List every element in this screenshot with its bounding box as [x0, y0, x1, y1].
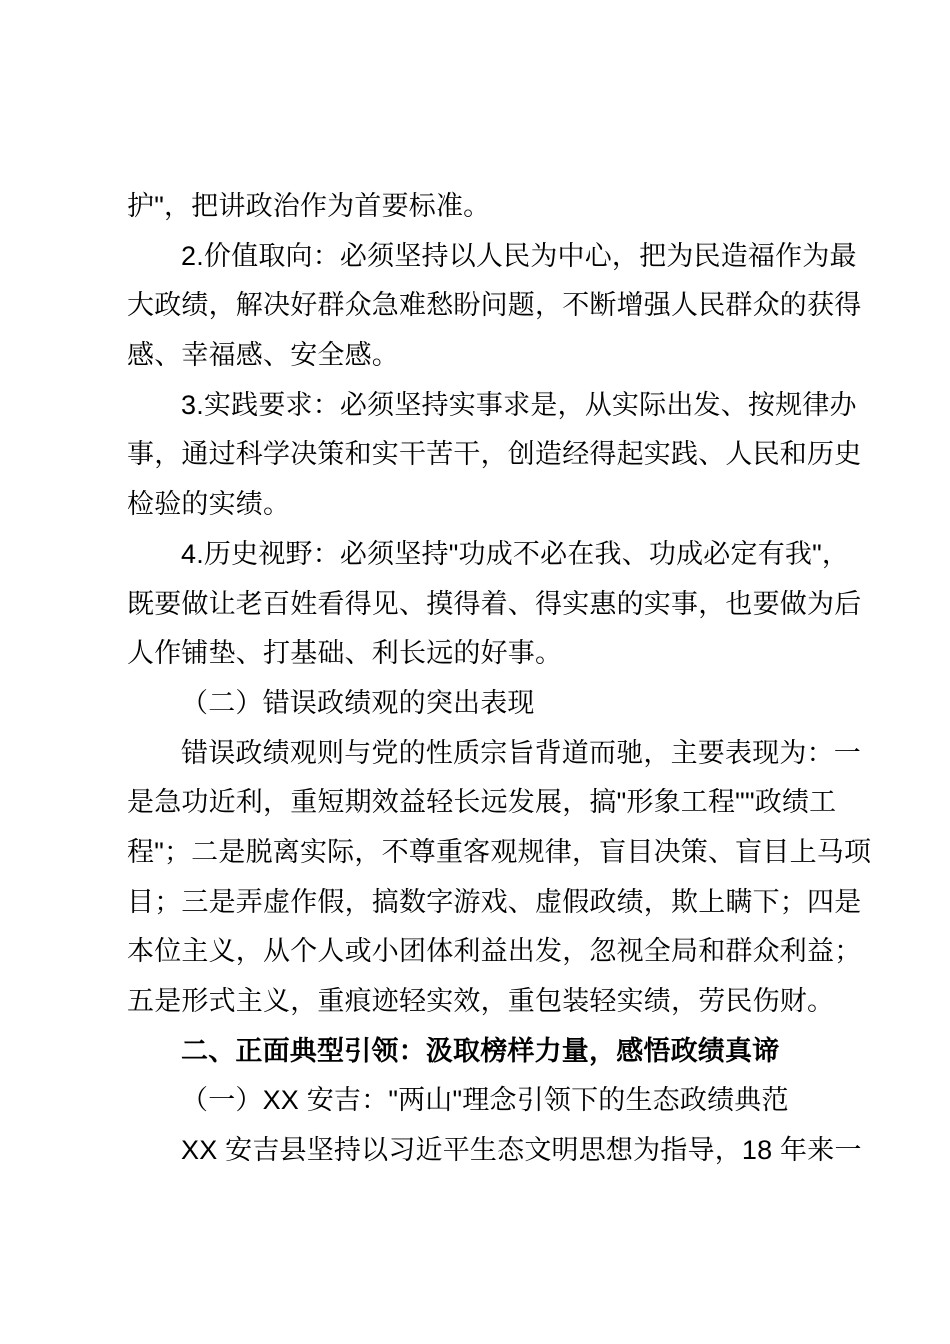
text-line: 二、正面典型引领：汲取榜样力量，感悟政绩真谛 [127, 1027, 837, 1077]
text-line: 大政绩，解决好群众急难愁盼问题，不断增强人民群众的获得 [127, 281, 837, 331]
text-line: 检验的实绩。 [127, 480, 837, 530]
text-line: 目；三是弄虚作假，搞数字游戏、虚假政绩，欺上瞒下；四是 [127, 878, 837, 928]
document-body: 护"，把讲政治作为首要标准。2.价值取向：必须坚持以人民为中心，把为民造福作为最… [127, 182, 837, 1176]
document-page: 护"，把讲政治作为首要标准。2.价值取向：必须坚持以人民为中心，把为民造福作为最… [0, 0, 950, 1344]
text-line: 本位主义，从个人或小团体利益出发，忽视全局和群众利益； [127, 927, 837, 977]
text-line: 护"，把讲政治作为首要标准。 [127, 182, 837, 232]
text-line: 感、幸福感、安全感。 [127, 331, 837, 381]
text-line: 3.实践要求：必须坚持实事求是，从实际出发、按规律办 [127, 381, 837, 431]
text-line: 是急功近利，重短期效益轻长远发展，搞"形象工程""政绩工 [127, 778, 837, 828]
text-line: 2.价值取向：必须坚持以人民为中心，把为民造福作为最 [127, 232, 837, 282]
text-line: 人作铺垫、打基础、利长远的好事。 [127, 629, 837, 679]
text-line: 错误政绩观则与党的性质宗旨背道而驰，主要表现为：一 [127, 729, 837, 779]
text-line: 4.历史视野：必须坚持"功成不必在我、功成必定有我"， [127, 530, 837, 580]
text-line: 程"；二是脱离实际，不尊重客观规律，盲目决策、盲目上马项 [127, 828, 837, 878]
text-line: （二）错误政绩观的突出表现 [127, 679, 837, 729]
text-line: （一）XX 安吉："两山"理念引领下的生态政绩典范 [127, 1076, 837, 1126]
text-line: XX 安吉县坚持以习近平生态文明思想为指导，18 年来一 [127, 1126, 837, 1176]
text-line: 事，通过科学决策和实干苦干，创造经得起实践、人民和历史 [127, 430, 837, 480]
text-line: 既要做让老百姓看得见、摸得着、得实惠的实事，也要做为后 [127, 580, 837, 630]
text-line: 五是形式主义，重痕迹轻实效，重包装轻实绩，劳民伤财。 [127, 977, 837, 1027]
